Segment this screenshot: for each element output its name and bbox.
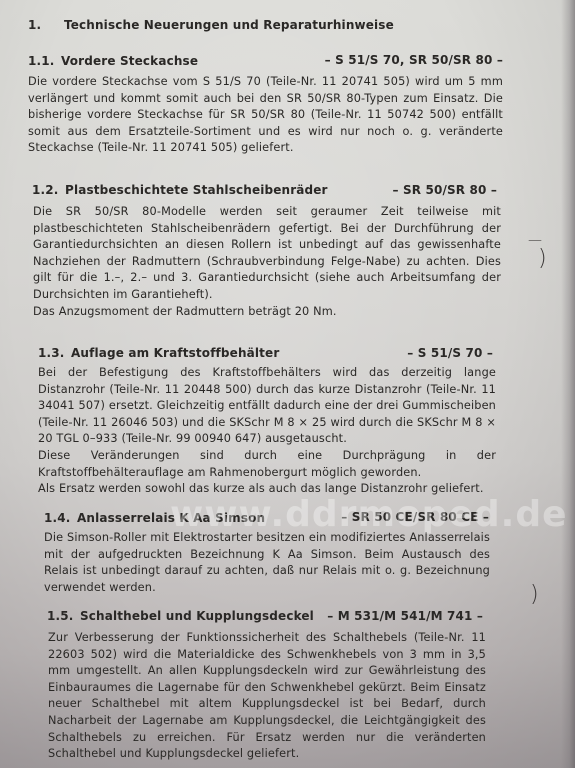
section-number: 1.1. [28,54,61,68]
margin-bracket-mark: ) [538,246,547,271]
section-body-1-4: Die Simson-Roller mit Elektrostarter bes… [44,530,490,596]
section-heading-1-4: 1.4.Anlasserrelais K Aa Simson [44,511,265,525]
section-body-1-5: Zur Verbesserung der Funktionssicherheit… [48,630,486,763]
section-heading-1-2: 1.2.Plastbeschichtete Stahlscheibenräder [32,183,328,197]
section-title: Schalthebel und Kupplungsdeckel [80,609,314,623]
section-models-1-3: – S 51/S 70 – [407,346,493,360]
paragraph: Die SR 50/SR 80-Modelle werden seit gera… [33,204,501,304]
section-title: Vordere Steckachse [61,54,198,68]
chapter-title: Technische Neuerungen und Reparaturhinwe… [64,18,394,32]
section-number: 1.5. [47,609,80,623]
section-models-1-1: – S 51/S 70, SR 50/SR 80 – [325,53,503,67]
section-heading-1-5: 1.5.Schalthebel und Kupplungsdeckel [47,609,314,623]
paragraph: Das Anzugsmoment der Radmuttern beträgt … [33,304,501,321]
section-number: 1.3. [38,346,71,360]
section-heading-1-1: 1.1.Vordere Steckachse [28,54,198,68]
section-models-1-4: – SR 50 CE/SR 80 CE – [341,510,489,524]
section-body-1-3: Bei der Befestigung des Kraftstoffbehält… [38,365,496,498]
section-heading-1-3: 1.3.Auflage am Kraftstoffbehälter [38,346,279,360]
section-title: Plastbeschichtete Stahlscheibenräder [65,183,328,197]
section-title: Anlasserrelais K Aa Simson [77,511,265,525]
section-title: Auflage am Kraftstoffbehälter [71,346,279,360]
section-body-1-1: Die vordere Steckachse vom S 51/S 70 (Te… [28,74,503,157]
page-edge-shadow [561,0,575,768]
margin-bracket-mark: ) [530,582,539,607]
paragraph: Zur Verbesserung der Funktionssicherheit… [48,630,486,763]
section-models-1-5: – M 531/M 541/M 741 – [327,609,483,623]
paragraph: Die Simson-Roller mit Elektrostarter bes… [44,530,490,596]
paragraph: Als Ersatz werden sowohl das kurze als a… [38,481,496,498]
section-body-1-2: Die SR 50/SR 80-Modelle werden seit gera… [33,204,501,320]
chapter-heading: 1.Technische Neuerungen und Reparaturhin… [28,18,394,32]
paragraph: Diese Veränderungen sind durch eine Durc… [38,448,496,481]
section-models-1-2: – SR 50/SR 80 – [392,183,497,197]
paragraph: Bei der Befestigung des Kraftstoffbehält… [38,365,496,448]
paragraph: Die vordere Steckachse vom S 51/S 70 (Te… [28,74,503,157]
section-number: 1.4. [44,511,77,525]
chapter-number: 1. [28,18,64,32]
section-number: 1.2. [32,183,65,197]
